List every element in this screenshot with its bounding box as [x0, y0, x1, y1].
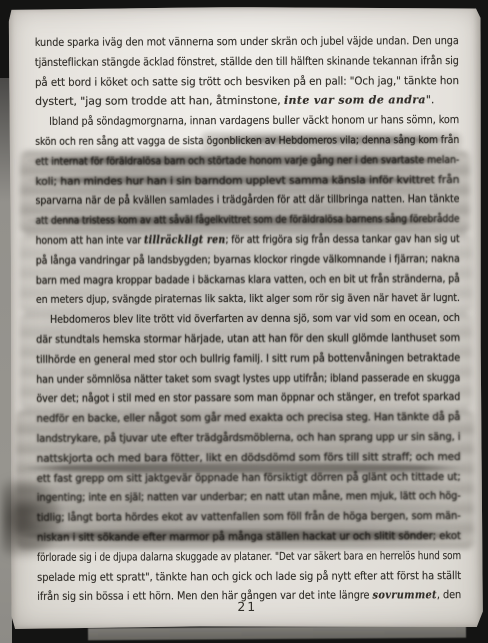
text-line-content: att denna tristess kom av att såväl fåge… — [36, 209, 460, 231]
text-line: förlorade sig i de djupa dalarna skuggad… — [37, 546, 461, 568]
text-line: tillhörde en general med stor och bullri… — [36, 348, 460, 370]
text-line-content: ingenting; inte en själ; natten var unde… — [37, 486, 461, 508]
text-line: där stundtals hemska stormar härjade, ut… — [36, 328, 460, 350]
text-line-content: en meters djup, svängde piraternas lik s… — [36, 288, 460, 310]
text-line: barn med magra kroppar badade i bäckarna… — [36, 269, 460, 291]
body-text: att denna tristess kom av att såväl fåge… — [36, 212, 460, 227]
text-line: Ibland på söndagmorgnarna, innan vardage… — [35, 110, 459, 132]
text-line-content: honom att han inte var tillräckligt ren;… — [36, 229, 460, 251]
text-line: nattskjorta och med bara fötter, likt en… — [37, 447, 461, 469]
text-line-content: tidlig; långt borta hördes ekot av vatte… — [37, 506, 461, 528]
text-line-content: ett internat för föräldralösa barn och s… — [35, 150, 459, 172]
text-line-content: på långa vandringar på landsbygden; byar… — [36, 249, 460, 271]
body-text: kunde sparka iväg den mot vännerna som u… — [35, 34, 459, 49]
text-line-content: koli; han mindes hur han i sin barndom u… — [35, 170, 459, 192]
text-line-content: tjänsteflickan stängde äcklad fönstret, … — [35, 51, 459, 73]
body-text: ; för att frigöra sig från dessa tankar … — [225, 232, 459, 246]
body-text: tillhörde en general med stor och bullri… — [36, 351, 460, 366]
text-line-content: skön och ren sång att vagga de sista ögo… — [35, 130, 459, 152]
body-text: spelade mig ett spratt", tänkte han och … — [37, 569, 461, 584]
emphasized-phrase: tillräckligt ren — [144, 233, 225, 246]
text-line-content: kunde sparka iväg den mot vännerna som u… — [35, 31, 459, 53]
text-line: honom att han inte var tillräckligt ren;… — [36, 229, 460, 251]
text-line: koli; han mindes hur han i sin barndom u… — [35, 170, 459, 192]
body-text: en meters djup, svängde piraternas lik s… — [36, 291, 460, 306]
body-text: ". — [426, 94, 434, 107]
body-text: på långa vandringar på landsbygden; byar… — [36, 252, 460, 267]
text-line-content: dystert, "jag som trodde att han, åtmins… — [35, 91, 434, 113]
text-line-content: Ibland på söndagmorgnarna, innan vardage… — [49, 110, 459, 132]
body-text: honom att han inte var — [36, 233, 144, 246]
text-line: ingenting; inte en själ; natten var unde… — [37, 486, 461, 508]
text-line: tidlig; långt borta hördes ekot av vatte… — [37, 506, 461, 528]
body-text: koli; han mindes hur han i sin barndom u… — [35, 173, 459, 188]
body-text: landstrykare, på tjuvar ute efter trädgå… — [36, 430, 460, 445]
text-line: landstrykare, på tjuvar ute efter trädgå… — [36, 427, 460, 449]
text-line: skön och ren sång att vagga de sista ögo… — [35, 130, 459, 152]
text-line: tjänsteflickan stängde äcklad fönstret, … — [35, 51, 459, 73]
body-text: barn med magra kroppar badade i bäckarna… — [36, 272, 460, 287]
text-line: dystert, "jag som trodde att han, åtmins… — [35, 90, 459, 112]
text-line: niskan i sitt sökande efter marmor på må… — [37, 526, 461, 548]
body-text: dystert, "jag som trodde att han, åtmins… — [35, 94, 284, 108]
text-line: ett internat för föräldralösa barn och s… — [35, 150, 459, 172]
page-text-block: kunde sparka iväg den mot vännerna som u… — [35, 31, 462, 607]
body-text: tjänsteflickan stängde äcklad fönstret, … — [35, 54, 459, 69]
body-text: Ibland på söndagmorgnarna, innan vardage… — [49, 113, 459, 128]
body-text: över det; något i stil med en stor passa… — [36, 390, 460, 405]
text-line: spelade mig ett spratt", tänkte han och … — [37, 566, 461, 588]
body-text: nedför en backe, eller något som går med… — [36, 410, 460, 425]
body-text: nattskjorta och med bara fötter, likt en… — [37, 450, 461, 465]
text-line-content: spelade mig ett spratt", tänkte han och … — [37, 566, 461, 588]
text-line-content: ett fast grepp om sitt jaktgevär öppnade… — [37, 467, 461, 489]
text-line: på långa vandringar på landsbygden; byar… — [36, 249, 460, 271]
text-line-content: Hebdomeros blev lite trött vid överfarte… — [50, 308, 460, 330]
body-text: tidlig; långt borta hördes ekot av vatte… — [37, 509, 461, 524]
text-line: över det; något i stil med en stor passa… — [36, 387, 460, 409]
text-line: nedför en backe, eller något som går med… — [36, 407, 460, 429]
emphasized-phrase: inte var som de andra — [284, 94, 426, 108]
scan-background-bottom-edge — [88, 626, 466, 641]
text-line-content: niskan i sitt sökande efter marmor på må… — [37, 526, 461, 548]
body-text: sparvarna när de på kvällen samlades i t… — [35, 192, 459, 207]
text-line-content: över det; något i stil med en stor passa… — [36, 387, 460, 409]
text-line: sparvarna när de på kvällen samlades i t… — [35, 189, 459, 211]
text-line-content: på ett bord i köket och satte sig trött … — [35, 71, 459, 93]
body-text: på ett bord i köket och satte sig trött … — [35, 74, 459, 89]
body-text: ett internat för föräldralösa barn och s… — [35, 153, 459, 168]
body-text: niskan i sitt sökande efter marmor på må… — [37, 529, 461, 544]
text-line-content: landstrykare, på tjuvar ute efter trädgå… — [36, 427, 460, 449]
text-line: på ett bord i köket och satte sig trött … — [35, 71, 459, 93]
text-line: en meters djup, svängde piraternas lik s… — [36, 288, 460, 310]
body-text: ingenting; inte en själ; natten var unde… — [37, 489, 461, 504]
body-text: där stundtals hemska stormar härjade, ut… — [36, 331, 460, 346]
text-line-content: tillhörde en general med stor och bullri… — [36, 348, 460, 370]
body-text: förlorade sig i de djupa dalarna skuggad… — [37, 549, 461, 564]
body-text: Hebdomeros blev lite trött vid överfarte… — [50, 311, 460, 326]
text-line: att denna tristess kom av att såväl fåge… — [36, 209, 460, 231]
text-line-content: han under sömnlösa nätter taket som svag… — [36, 368, 460, 390]
text-line-content: nattskjorta och med bara fötter, likt en… — [37, 447, 461, 469]
text-line: Hebdomeros blev lite trött vid överfarte… — [36, 308, 460, 330]
text-line-content: sparvarna när de på kvällen samlades i t… — [35, 189, 459, 211]
text-line: han under sömnlösa nätter taket som svag… — [36, 368, 460, 390]
text-line-content: där stundtals hemska stormar härjade, ut… — [36, 328, 460, 350]
body-text: han under sömnlösa nätter taket som svag… — [36, 371, 460, 386]
text-line: kunde sparka iväg den mot vännerna som u… — [35, 31, 459, 53]
body-text: skön och ren sång att vagga de sista ögo… — [35, 133, 459, 148]
scanned-page-view: kunde sparka iväg den mot vännerna som u… — [0, 0, 488, 643]
text-line: ett fast grepp om sitt jaktgevär öppnade… — [37, 467, 461, 489]
text-line-content: förlorade sig i de djupa dalarna skuggad… — [37, 546, 461, 568]
text-line-content: nedför en backe, eller något som går med… — [36, 407, 460, 429]
book-page: kunde sparka iväg den mot vännerna som u… — [9, 6, 484, 629]
page-number: 21 — [11, 598, 483, 615]
text-line-content: barn med magra kroppar badade i bäckarna… — [36, 269, 460, 291]
body-text: ett fast grepp om sitt jaktgevär öppnade… — [37, 470, 461, 485]
